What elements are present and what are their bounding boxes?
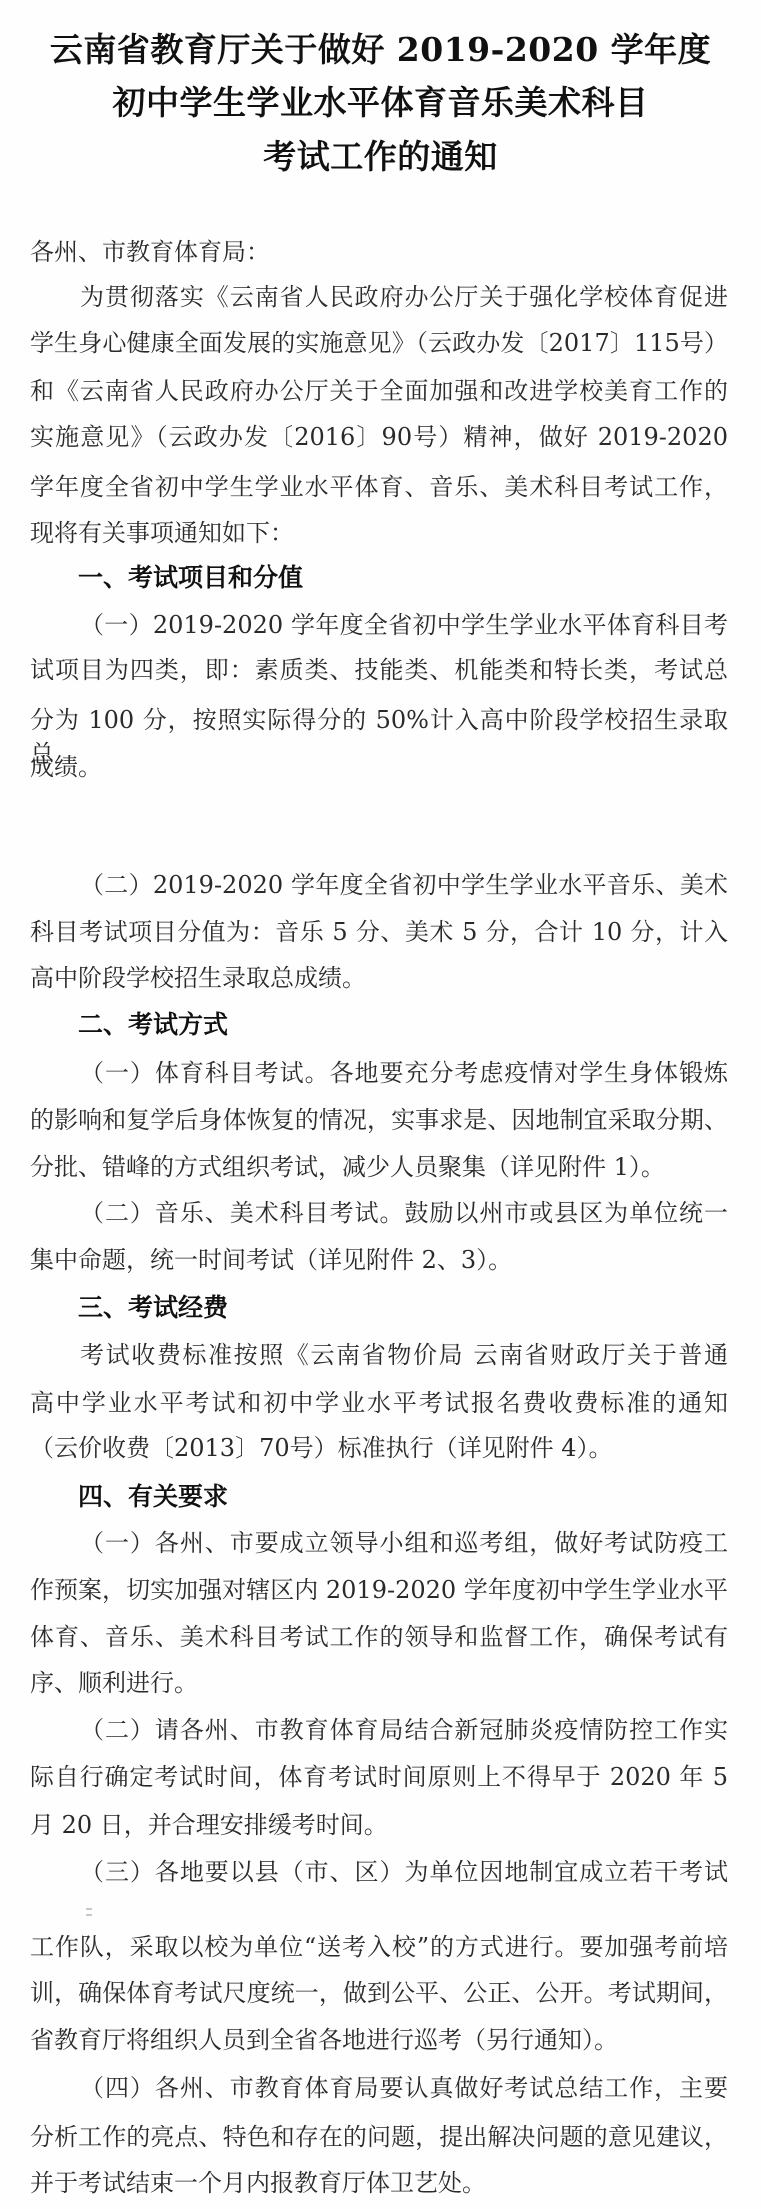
paragraph-line: 月 20 日，并合理安排缓考时间。: [30, 1808, 728, 1842]
paragraph-line: 集中命题，统一时间考试（详见附件 2、3）。: [30, 1243, 728, 1277]
paragraph-line: 考试收费标准按照《云南省物价局 云南省财政厅关于普通: [80, 1338, 728, 1372]
paragraph-line: 省教育厅将组织人员到全省各地进行巡考（另行通知）。: [30, 2023, 728, 2057]
section-heading-2: 二、考试方式: [78, 1008, 228, 1042]
paragraph-line: （二）音乐、美术科目考试。鼓励以州市或县区为单位统一: [80, 1196, 728, 1230]
paragraph-line: 体育、音乐、美术科目考试工作的领导和监督工作，确保考试有: [30, 1620, 728, 1654]
paragraph-line: （二）请各州、市教育体育局结合新冠肺炎疫情防控工作实: [80, 1713, 728, 1747]
paragraph-line: 试项目为四类，即：素质类、技能类、机能类和特长类，考试总: [30, 653, 728, 687]
paragraph-line: （一）体育科目考试。各地要充分考虑疫情对学生身体锻炼: [80, 1056, 728, 1090]
paragraph-line: 并于考试结束一个月内报教育厅体卫艺处。: [30, 2166, 728, 2200]
paragraph-line: （一）各州、市要成立领导小组和巡考组，做好考试防疫工: [80, 1526, 728, 1560]
salutation: 各州、市教育体育局：: [30, 235, 728, 269]
document-title-line-2: 初中学生学业水平体育音乐美术科目: [0, 83, 761, 123]
paragraph-line: 科目考试项目分值为：音乐 5 分、美术 5 分，合计 10 分，计入: [30, 915, 728, 949]
paragraph-line: 分批、错峰的方式组织考试，减少人员聚集（详见附件 1）。: [30, 1150, 728, 1184]
intro-line: 实施意见》（云政办发〔2016〕90号）精神，做好 2019-2020: [30, 420, 728, 454]
paragraph-line: 训，确保体育考试尺度统一，做到公平、公正、公开。考试期间，: [30, 1976, 728, 2010]
section-heading-1: 一、考试项目和分值: [78, 561, 303, 595]
paragraph-line: 成绩。: [30, 750, 728, 784]
intro-line: 现将有关事项通知如下：: [30, 516, 728, 550]
intro-line: 学生身心健康全面发展的实施意见》（云政办发〔2017〕115号）: [30, 326, 728, 360]
document-page: 云南省教育厅关于做好 2019-2020 学年度 初中学生学业水平体育音乐美术科…: [0, 0, 761, 2209]
document-title-line-3: 考试工作的通知: [0, 137, 761, 177]
paragraph-line: 高中阶段学校招生录取总成绩。: [30, 961, 728, 995]
scan-artifact-mark: [86, 1914, 92, 1916]
paragraph-line: （一）2019-2020 学年度全省初中学生学业水平体育科目考: [80, 608, 728, 642]
intro-line: 为贯彻落实《云南省人民政府办公厅关于强化学校体育促进: [80, 280, 728, 314]
paragraph-line: 作预案，切实加强对辖区内 2019-2020 学年度初中学生学业水平: [30, 1573, 728, 1607]
scan-artifact-mark: [86, 1908, 92, 1910]
paragraph-line: （云价收费〔2013〕70号）标准执行（详见附件 4）。: [30, 1431, 728, 1465]
document-title-line-1: 云南省教育厅关于做好 2019-2020 学年度: [0, 30, 761, 70]
paragraph-line: 分析工作的亮点、特色和存在的问题，提出解决问题的意见建议，: [30, 2120, 728, 2154]
intro-line: 学年度全省初中学生学业水平体育、音乐、美术科目考试工作，: [30, 470, 728, 504]
paragraph-line: （四）各州、市教育体育局要认真做好考试总结工作，主要: [80, 2071, 728, 2105]
paragraph-line: 序、顺利进行。: [30, 1666, 728, 1700]
paragraph-line: 际自行确定考试时间，体育考试时间原则上不得早于 2020 年 5: [30, 1760, 728, 1794]
section-heading-3: 三、考试经费: [78, 1291, 228, 1325]
paragraph-line: （三）各地要以县（市、区）为单位因地制宜成立若干考试: [80, 1855, 728, 1889]
section-heading-4: 四、有关要求: [78, 1480, 228, 1514]
paragraph-line: 的影响和复学后身体恢复的情况，实事求是、因地制宜采取分期、: [30, 1103, 728, 1137]
paragraph-line: 分为 100 分，按照实际得分的 50%计入高中阶段学校招生录取总: [30, 703, 728, 737]
intro-line: 和《云南省人民政府办公厅关于全面加强和改进学校美育工作的: [30, 374, 728, 408]
paragraph-line: （二）2019-2020 学年度全省初中学生学业水平音乐、美术: [80, 868, 728, 902]
paragraph-line: 工作队，采取以校为单位“送考入校”的方式进行。要加强考前培: [30, 1930, 728, 1964]
paragraph-line: 高中学业水平考试和初中学业水平考试报名费收费标准的通知: [30, 1386, 728, 1420]
